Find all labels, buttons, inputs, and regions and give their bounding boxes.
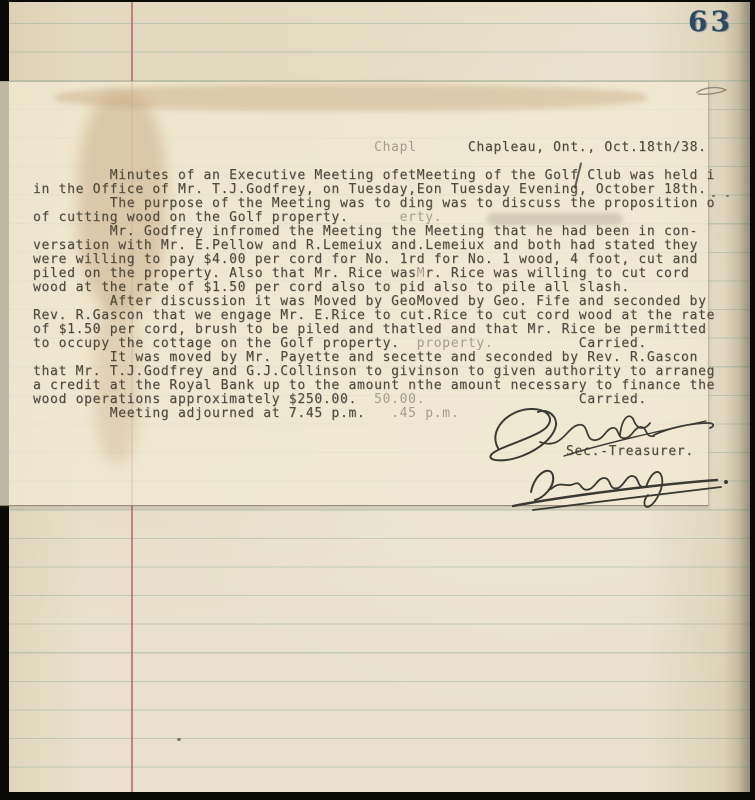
typed-line: to occupy the cottage on the Golf proper…	[33, 337, 733, 351]
typed-lines: Chapl Chapleau, Ont., Oct.18th/38. Minut…	[33, 141, 733, 421]
sec-treasurer-signature	[468, 402, 720, 468]
typed-line: that Mr. T.J.Godfrey and G.J.Collinson t…	[33, 365, 733, 379]
typed-line: wood at the rate of $1.50 per cord also …	[33, 281, 733, 295]
typed-line: Chapl Chapleau, Ont., Oct.18th/38.	[33, 141, 733, 155]
typed-line: The purpose of the Meeting was to ding w…	[33, 197, 733, 211]
typed-line: piled on the property. Also that Mr. Ric…	[33, 267, 733, 281]
typed-line: After discussion it was Moved by GeoMove…	[33, 295, 733, 309]
typed-line: Minutes of an Executive Meeting ofetMeet…	[33, 169, 733, 183]
paper-speck	[177, 738, 181, 741]
typed-line: in the Office of Mr. T.J.Godfrey, on Tue…	[33, 183, 733, 197]
typed-line: Rev. R.Gascon that we engage Mr. E.Rice …	[33, 309, 733, 323]
typed-line: Mr. Godfrey infromed the Meeting the Mee…	[33, 225, 733, 239]
second-signature-underlined	[505, 460, 735, 516]
typed-line: a credit at the Royal Bank up to the amo…	[33, 379, 733, 393]
page-number: 63	[688, 5, 733, 38]
typed-line: were willing to pay $4.00 per cord for N…	[33, 253, 733, 267]
typed-line: of cutting wood on the Golf property. er…	[33, 211, 733, 225]
typed-line	[33, 155, 733, 169]
typed-line: It was moved by Mr. Payette and secette …	[33, 351, 733, 365]
typed-line: of $1.50 per cord, brush to be piled and…	[33, 323, 733, 337]
typed-line: versation with Mr. E.Pellow and R.Lemeiu…	[33, 239, 733, 253]
page-curl-mark	[694, 84, 728, 98]
